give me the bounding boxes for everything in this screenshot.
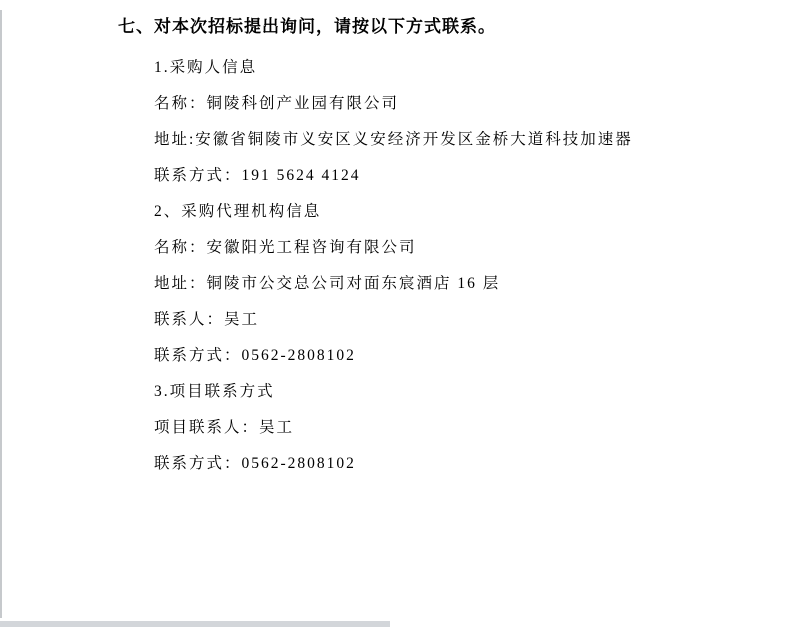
document-page: 七、对本次招标提出询问，请按以下方式联系。 1.采购人信息 名称：铜陵科创产业园… [0,0,793,627]
purchaser-name-line: 名称：铜陵科创产业园有限公司 [154,84,773,120]
subsection-title-project: 3.项目联系方式 [154,372,773,408]
agency-contact-line: 联系方式：0562-2808102 [154,336,773,372]
page-left-border [0,10,2,618]
purchaser-contact-line: 联系方式：191 5624 4124 [154,156,773,192]
agency-address-line: 地址：铜陵市公交总公司对面东宸酒店 16 层 [154,264,773,300]
project-contact-line: 联系方式：0562-2808102 [154,444,773,480]
subsection-title-purchaser: 1.采购人信息 [154,48,773,84]
project-contact-person-line: 项目联系人：吴工 [154,408,773,444]
agency-name-line: 名称：安徽阳光工程咨询有限公司 [154,228,773,264]
bottom-left-bar [0,621,390,627]
agency-contact-person-line: 联系人：吴工 [154,300,773,336]
subsection-title-agency: 2、采购代理机构信息 [154,192,773,228]
document-body: 1.采购人信息 名称：铜陵科创产业园有限公司 地址:安徽省铜陵市义安区义安经济开… [154,48,773,480]
purchaser-address-line: 地址:安徽省铜陵市义安区义安经济开发区金桥大道科技加速器 [154,120,773,156]
section-heading: 七、对本次招标提出询问，请按以下方式联系。 [118,12,496,37]
